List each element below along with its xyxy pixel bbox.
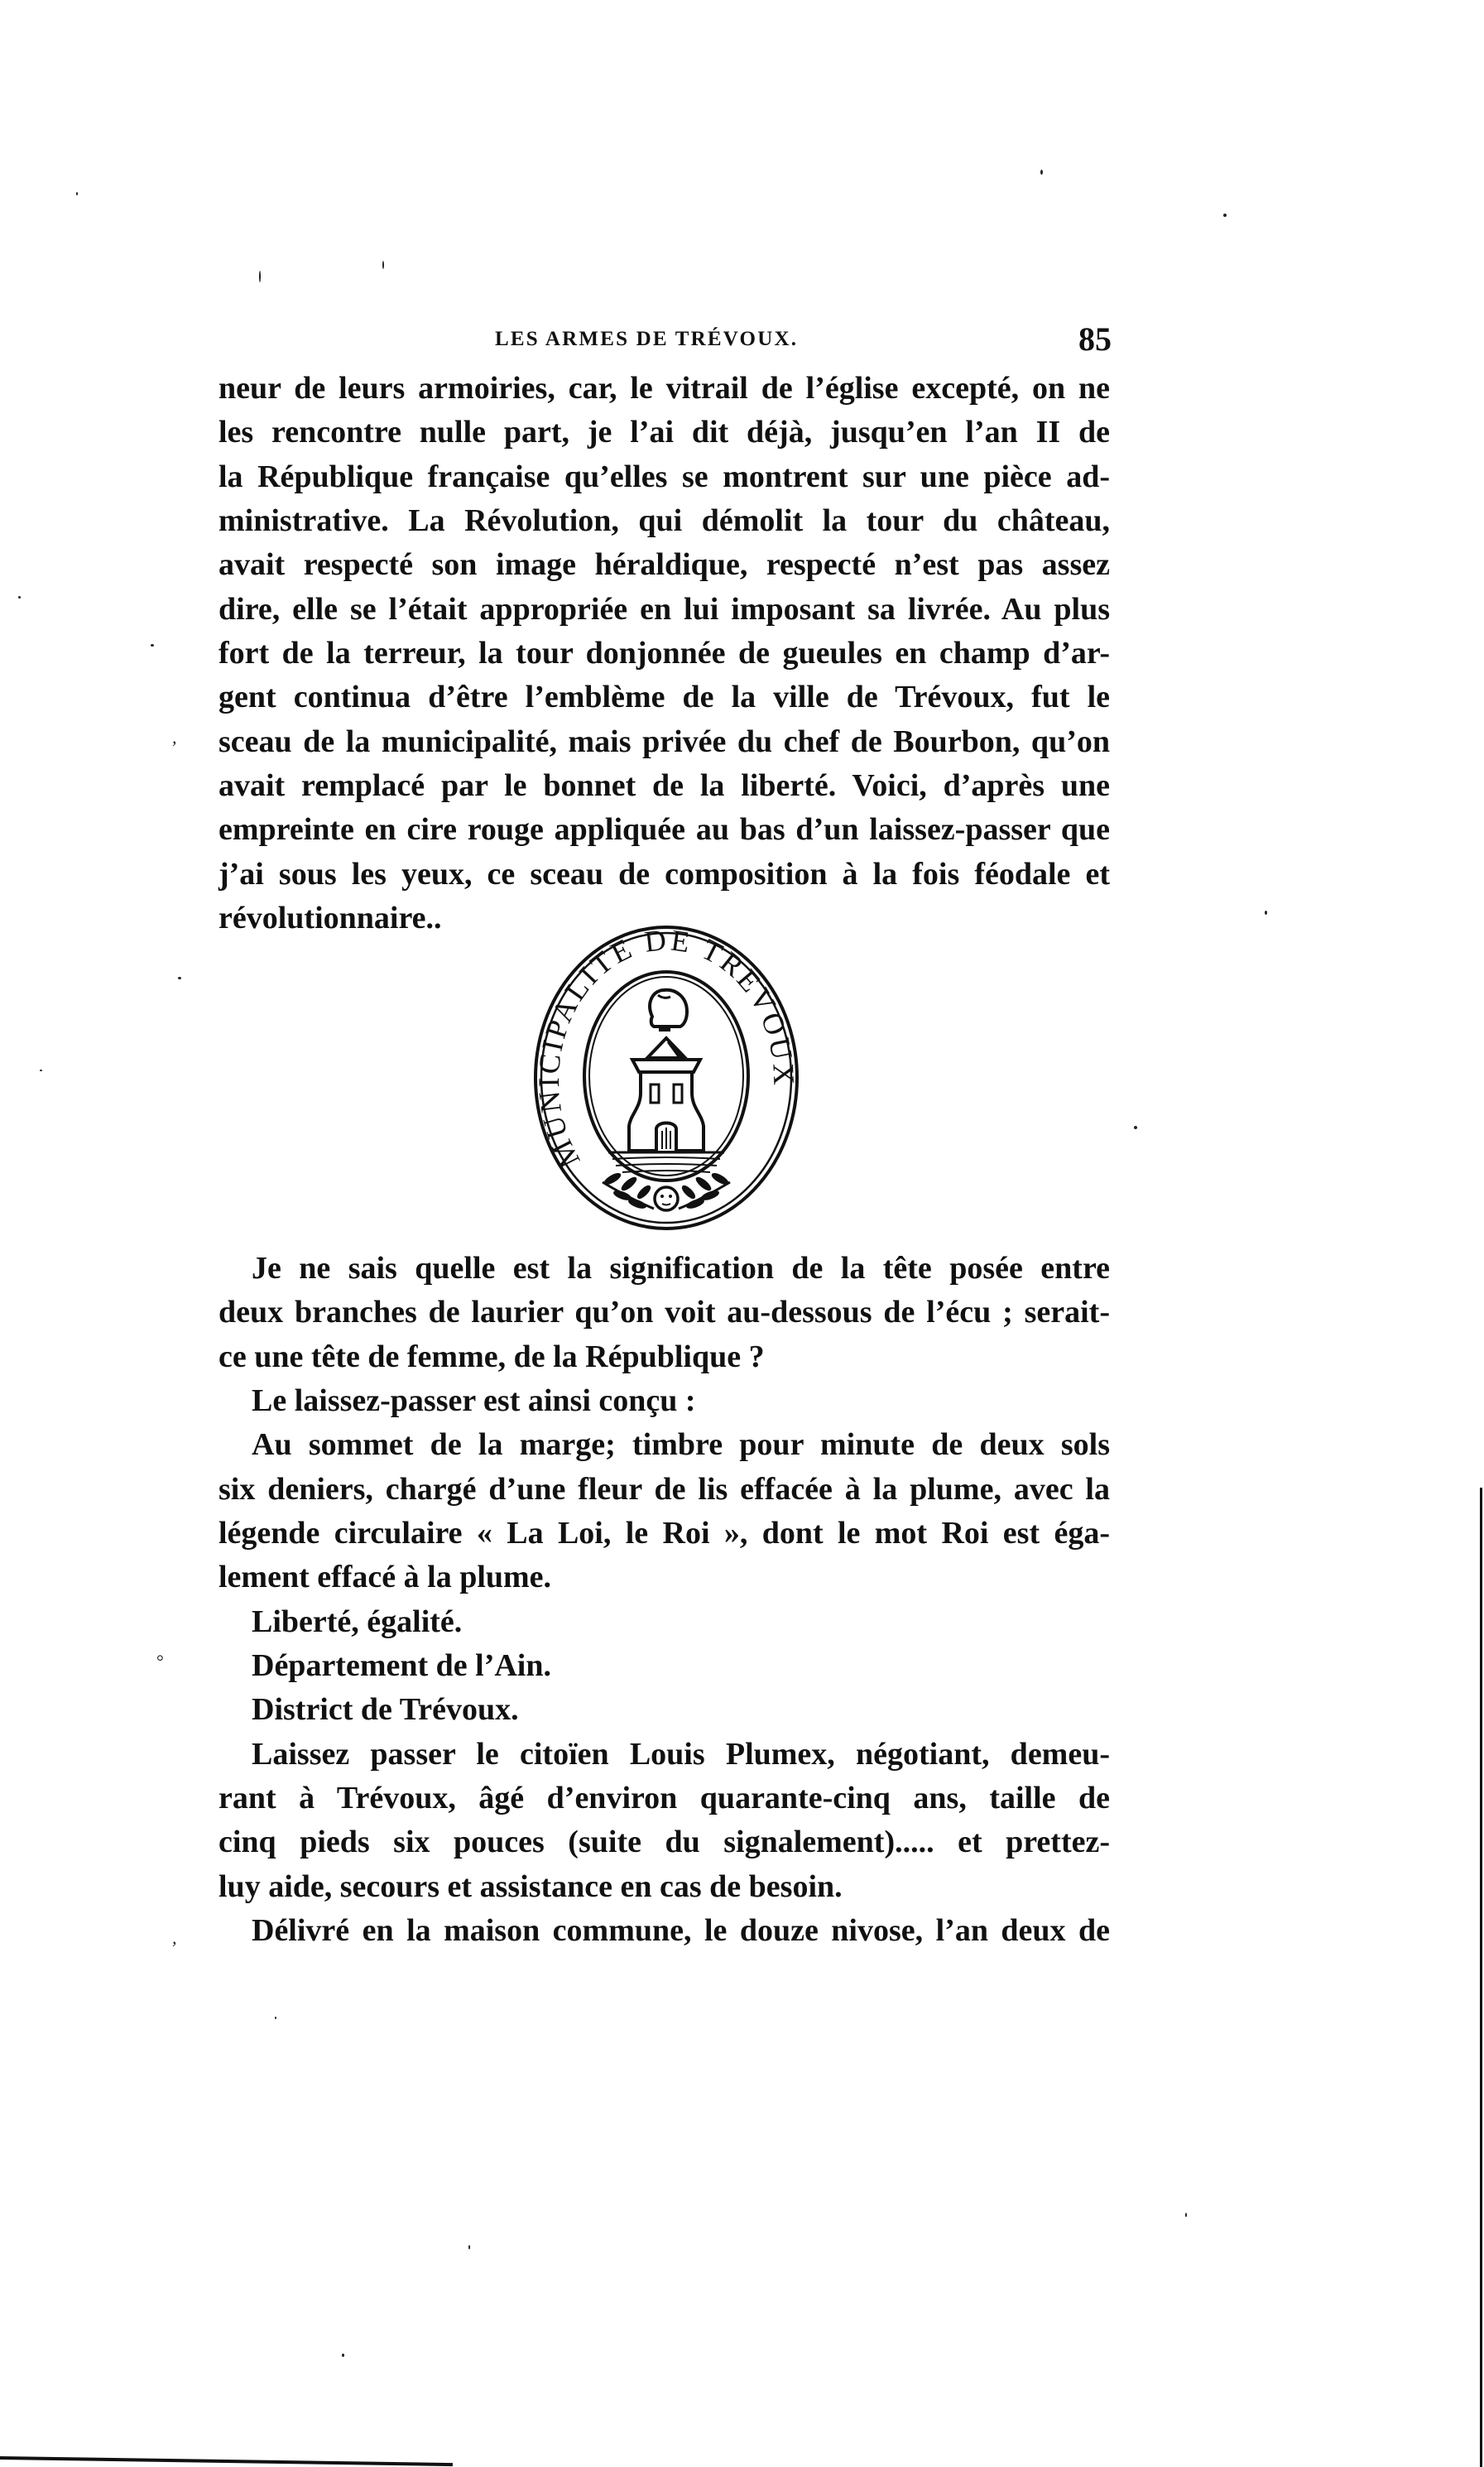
text-line: six deniers, chargé d’une fleur de lis e… <box>219 1468 1110 1512</box>
text-line: Liberté, égalité. <box>219 1600 1110 1644</box>
text-line: les rencontre nulle part, je l’ai dit dé… <box>219 411 1110 454</box>
scan-speck <box>275 2017 276 2019</box>
running-head-title: LES ARMES DE TRÉVOUX. <box>495 325 834 353</box>
scan-speck <box>1223 214 1227 217</box>
margin-degree-mark: ° <box>156 1652 164 1671</box>
body-text-before-seal: neur de leurs armoiries, car, le vitrail… <box>219 367 1110 940</box>
seal-figure: MUNICIPALITE DE TREVOUX <box>530 919 803 1233</box>
tower-icon <box>629 1038 704 1151</box>
text-line: ce une tête de femme, de la République ? <box>219 1335 1110 1379</box>
text-line: la République française qu’elles se mont… <box>219 455 1110 499</box>
text-line: gent continua d’être l’emblème de la vil… <box>219 676 1110 719</box>
text-line: Délivré en la maison commune, le douze n… <box>219 1909 1110 1953</box>
text-line: Le laissez-passer est ainsi conçu : <box>219 1379 1110 1423</box>
text-line: fort de la terreur, la tour donjonnée de… <box>219 632 1110 676</box>
body-text-after-seal: Je ne sais quelle est la signification d… <box>219 1247 1110 1953</box>
text-line: District de Trévoux. <box>219 1688 1110 1732</box>
scan-speck <box>1185 2213 1187 2217</box>
scan-speck <box>1134 1126 1137 1129</box>
scan-speck <box>1265 911 1267 915</box>
text-line: légende circulaire « La Loi, le Roi », d… <box>219 1512 1110 1556</box>
text-line: deux branches de laurier qu’on voit au-d… <box>219 1291 1110 1334</box>
text-line: empreinte en cire rouge appliquée au bas… <box>219 808 1110 852</box>
scan-speck <box>342 2354 344 2357</box>
scan-speck <box>468 2245 470 2249</box>
liberty-cap-icon <box>650 990 687 1032</box>
text-line: luy aide, secours et assistance en cas d… <box>219 1865 1110 1909</box>
head-icon <box>655 1187 678 1210</box>
scan-speck <box>259 271 261 282</box>
text-line: rant à Trévoux, âgé d’environ quarante-c… <box>219 1777 1110 1820</box>
scan-speck <box>76 192 78 195</box>
margin-comma-mark: , <box>172 729 177 747</box>
text-line: sceau de la municipalité, mais privée du… <box>219 720 1110 764</box>
scan-speck <box>40 1070 42 1071</box>
text-line: Au sommet de la marge; timbre pour minut… <box>219 1423 1110 1467</box>
scan-speck <box>1040 170 1043 175</box>
scan-speck <box>178 977 181 979</box>
text-line: Département de l’Ain. <box>219 1644 1110 1688</box>
text-line: neur de leurs armoiries, car, le vitrail… <box>219 367 1110 411</box>
page-number: 85 <box>1070 320 1112 359</box>
scan-speck <box>382 261 384 269</box>
scan-speck <box>18 596 21 599</box>
text-line: dire, elle se l’était appropriée en lui … <box>219 588 1110 632</box>
bottom-edge-rule <box>0 2456 453 2466</box>
scan-speck <box>151 644 154 647</box>
seal-illustration-icon: MUNICIPALITE DE TREVOUX <box>530 919 803 1233</box>
ground-hatching <box>608 1152 724 1172</box>
margin-comma-mark: , <box>172 1929 177 1947</box>
text-line: cinq pieds six pouces (suite du signalem… <box>219 1820 1110 1864</box>
text-line: Je ne sais quelle est la signification d… <box>219 1247 1110 1291</box>
text-line: j’ai sous les yeux, ce sceau de composit… <box>219 853 1110 897</box>
text-line: avait respecté son image héraldique, res… <box>219 543 1110 587</box>
text-line: ministrative. La Révolution, qui démolit… <box>219 499 1110 543</box>
text-line: lement effacé à la plume. <box>219 1556 1110 1599</box>
text-line: avait remplacé par le bonnet de la liber… <box>219 764 1110 808</box>
text-line: Laissez passer le citoïen Louis Plumex, … <box>219 1733 1110 1777</box>
right-edge-rule <box>1480 1488 1482 2467</box>
